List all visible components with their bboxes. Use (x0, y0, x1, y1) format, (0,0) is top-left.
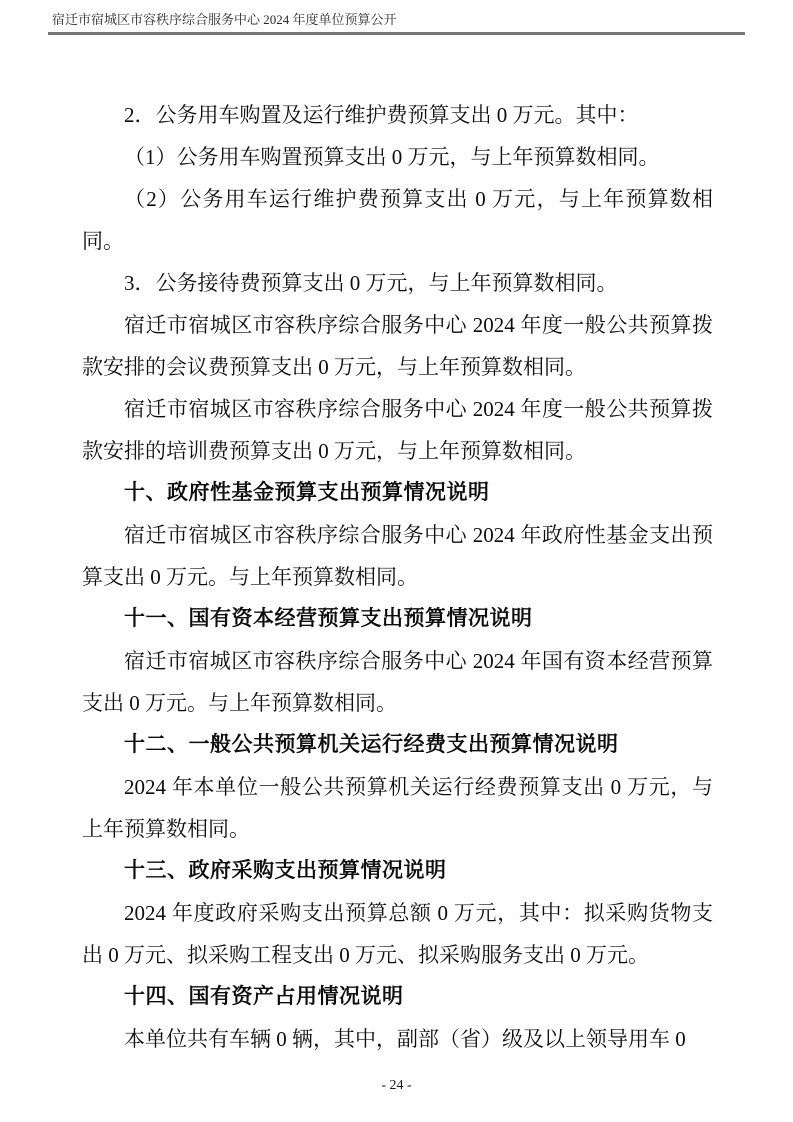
body-paragraph: 本单位共有车辆 0 辆，其中，副部（省）级及以上领导用车 0 (82, 1018, 713, 1060)
body-paragraph: 宿迁市宿城区市容秩序综合服务中心 2024 年度一般公共预算拨款安排的会议费预算… (82, 304, 713, 388)
section-heading: 十二、一般公共预算机关运行经费支出预算情况说明 (82, 724, 713, 766)
running-header-title: 宿迁市宿城区市容秩序综合服务中心 2024 年度单位预算公开 (48, 10, 745, 30)
section-heading: 十、政府性基金预算支出预算情况说明 (82, 472, 713, 514)
header-rule-divider (48, 32, 745, 35)
body-paragraph: （2）公务用车运行维护费预算支出 0 万元，与上年预算数相同。 (82, 178, 713, 262)
body-paragraph: 宿迁市宿城区市容秩序综合服务中心 2024 年国有资本经营预算支出 0 万元。与… (82, 640, 713, 724)
document-body: 2．公务用车购置及运行维护费预算支出 0 万元。其中：（1）公务用车购置预算支出… (82, 94, 713, 1060)
body-paragraph: 2．公务用车购置及运行维护费预算支出 0 万元。其中： (82, 94, 713, 136)
body-paragraph: 3．公务接待费预算支出 0 万元，与上年预算数相同。 (82, 262, 713, 304)
section-heading: 十一、国有资本经营预算支出预算情况说明 (82, 598, 713, 640)
document-page: 宿迁市宿城区市容秩序综合服务中心 2024 年度单位预算公开 2．公务用车购置及… (0, 0, 793, 1122)
page-number: - 24 - (0, 1078, 793, 1094)
body-paragraph: 宿迁市宿城区市容秩序综合服务中心 2024 年政府性基金支出预算支出 0 万元。… (82, 514, 713, 598)
body-paragraph: （1）公务用车购置预算支出 0 万元，与上年预算数相同。 (82, 136, 713, 178)
body-paragraph: 2024 年度政府采购支出预算总额 0 万元，其中：拟采购货物支出 0 万元、拟… (82, 892, 713, 976)
body-paragraph: 宿迁市宿城区市容秩序综合服务中心 2024 年度一般公共预算拨款安排的培训费预算… (82, 388, 713, 472)
page-header: 宿迁市宿城区市容秩序综合服务中心 2024 年度单位预算公开 (48, 10, 745, 35)
section-heading: 十四、国有资产占用情况说明 (82, 976, 713, 1018)
body-paragraph: 2024 年本单位一般公共预算机关运行经费预算支出 0 万元，与上年预算数相同。 (82, 766, 713, 850)
section-heading: 十三、政府采购支出预算情况说明 (82, 850, 713, 892)
